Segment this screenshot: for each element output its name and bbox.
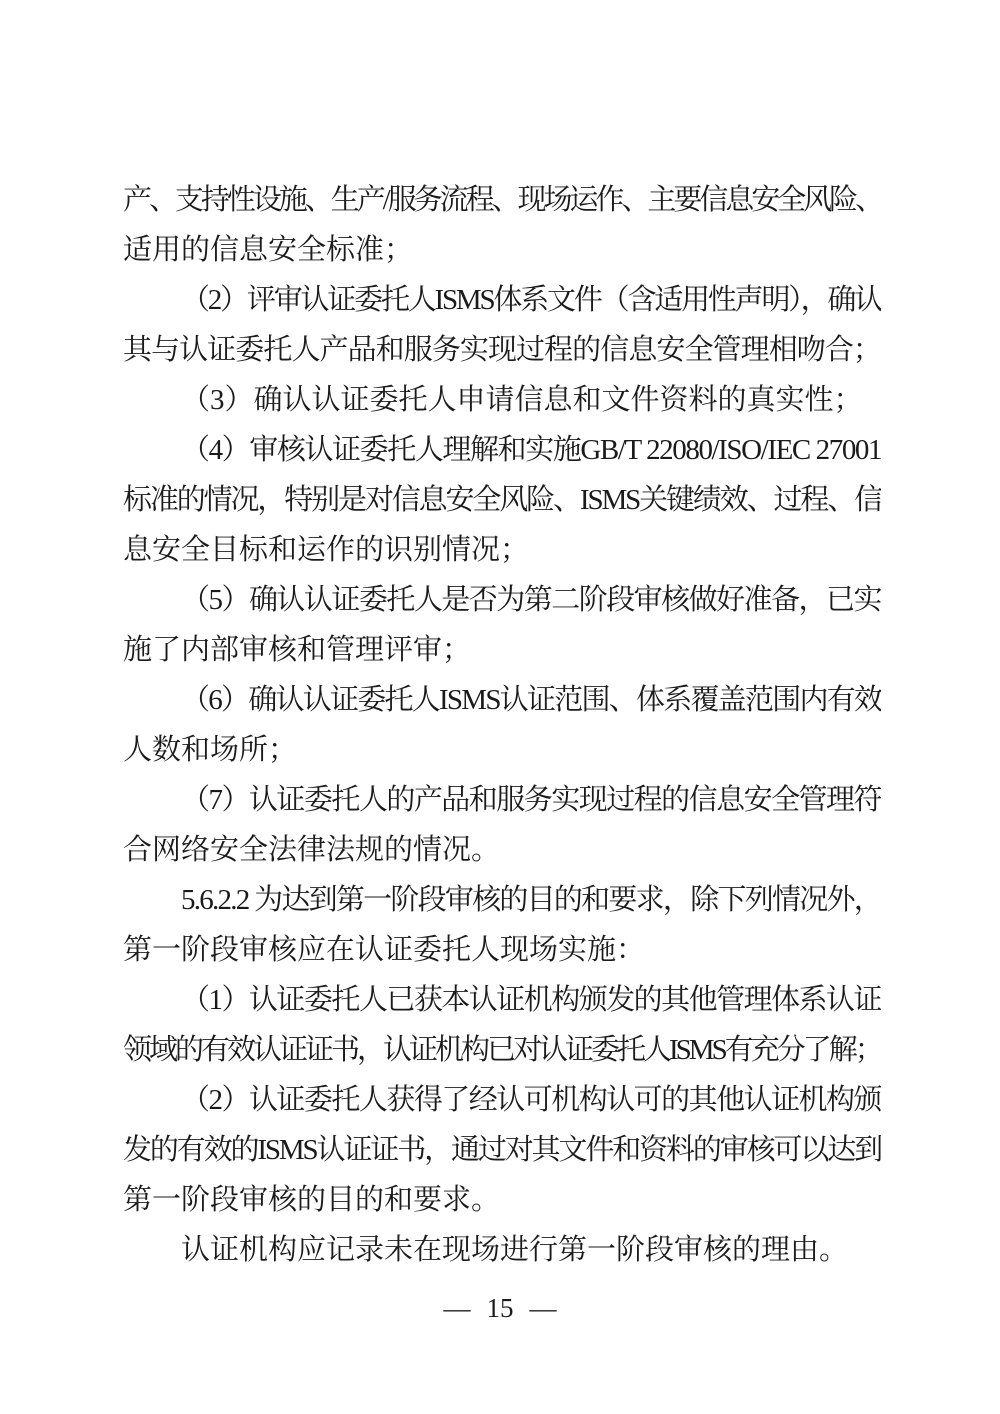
text-line: （7）认证委托人的产品和服务实现过程的信息安全管理符: [123, 775, 881, 825]
page-number: 15: [487, 1293, 514, 1323]
text-line: （6）确认认证委托人ISMS认证范围、体系覆盖范围内有效: [123, 675, 881, 725]
text-line: （4）审核认证委托人理解和实施GB/T 22080/ISO/IEC 27001: [123, 425, 881, 475]
text-line: 施了内部审核和管理评审；: [123, 625, 881, 675]
text-line: （3）确认认证委托人申请信息和文件资料的真实性；: [123, 375, 881, 425]
text-line: 第一阶段审核应在认证委托人现场实施：: [123, 925, 881, 975]
text-line: 息安全目标和运作的识别情况；: [123, 525, 881, 575]
text-line: 标准的情况，特别是对信息安全风险、ISMS关键绩效、过程、信: [123, 475, 881, 525]
text-line: 5.6.2.2 为达到第一阶段审核的目的和要求，除下列情况外，: [123, 875, 881, 925]
document-body: 产、支持性设施、生产/服务流程、现场运作、主要信息安全风险、适用的信息安全标准；…: [123, 175, 881, 1275]
text-line: 第一阶段审核的目的和要求。: [123, 1175, 881, 1225]
document-page: 产、支持性设施、生产/服务流程、现场运作、主要信息安全风险、适用的信息安全标准；…: [0, 0, 1000, 1414]
text-line: 其与认证委托人产品和服务实现过程的信息安全管理相吻合；: [123, 325, 881, 375]
text-line: （1）认证委托人已获本认证机构颁发的其他管理体系认证: [123, 975, 881, 1025]
text-line: 认证机构应记录未在现场进行第一阶段审核的理由。: [123, 1225, 881, 1275]
footer-dash-right: —: [530, 1293, 557, 1323]
text-line: 发的有效的ISMS认证证书，通过对其文件和资料的审核可以达到: [123, 1125, 881, 1175]
page-footer: —15—: [0, 1293, 1000, 1324]
text-line: 人数和场所；: [123, 725, 881, 775]
text-line: （2）认证委托人获得了经认可机构认可的其他认证机构颁: [123, 1075, 881, 1125]
text-line: （2）评审认证委托人ISMS体系文件（含适用性声明），确认: [123, 275, 881, 325]
text-line: 合网络安全法律法规的情况。: [123, 825, 881, 875]
text-line: 领域的有效认证证书，认证机构已对认证委托人ISMS有充分了解；: [123, 1025, 881, 1075]
text-line: （5）确认认证委托人是否为第二阶段审核做好准备，已实: [123, 575, 881, 625]
text-line: 适用的信息安全标准；: [123, 225, 881, 275]
text-line: 产、支持性设施、生产/服务流程、现场运作、主要信息安全风险、: [123, 175, 881, 225]
footer-dash-left: —: [444, 1293, 471, 1323]
